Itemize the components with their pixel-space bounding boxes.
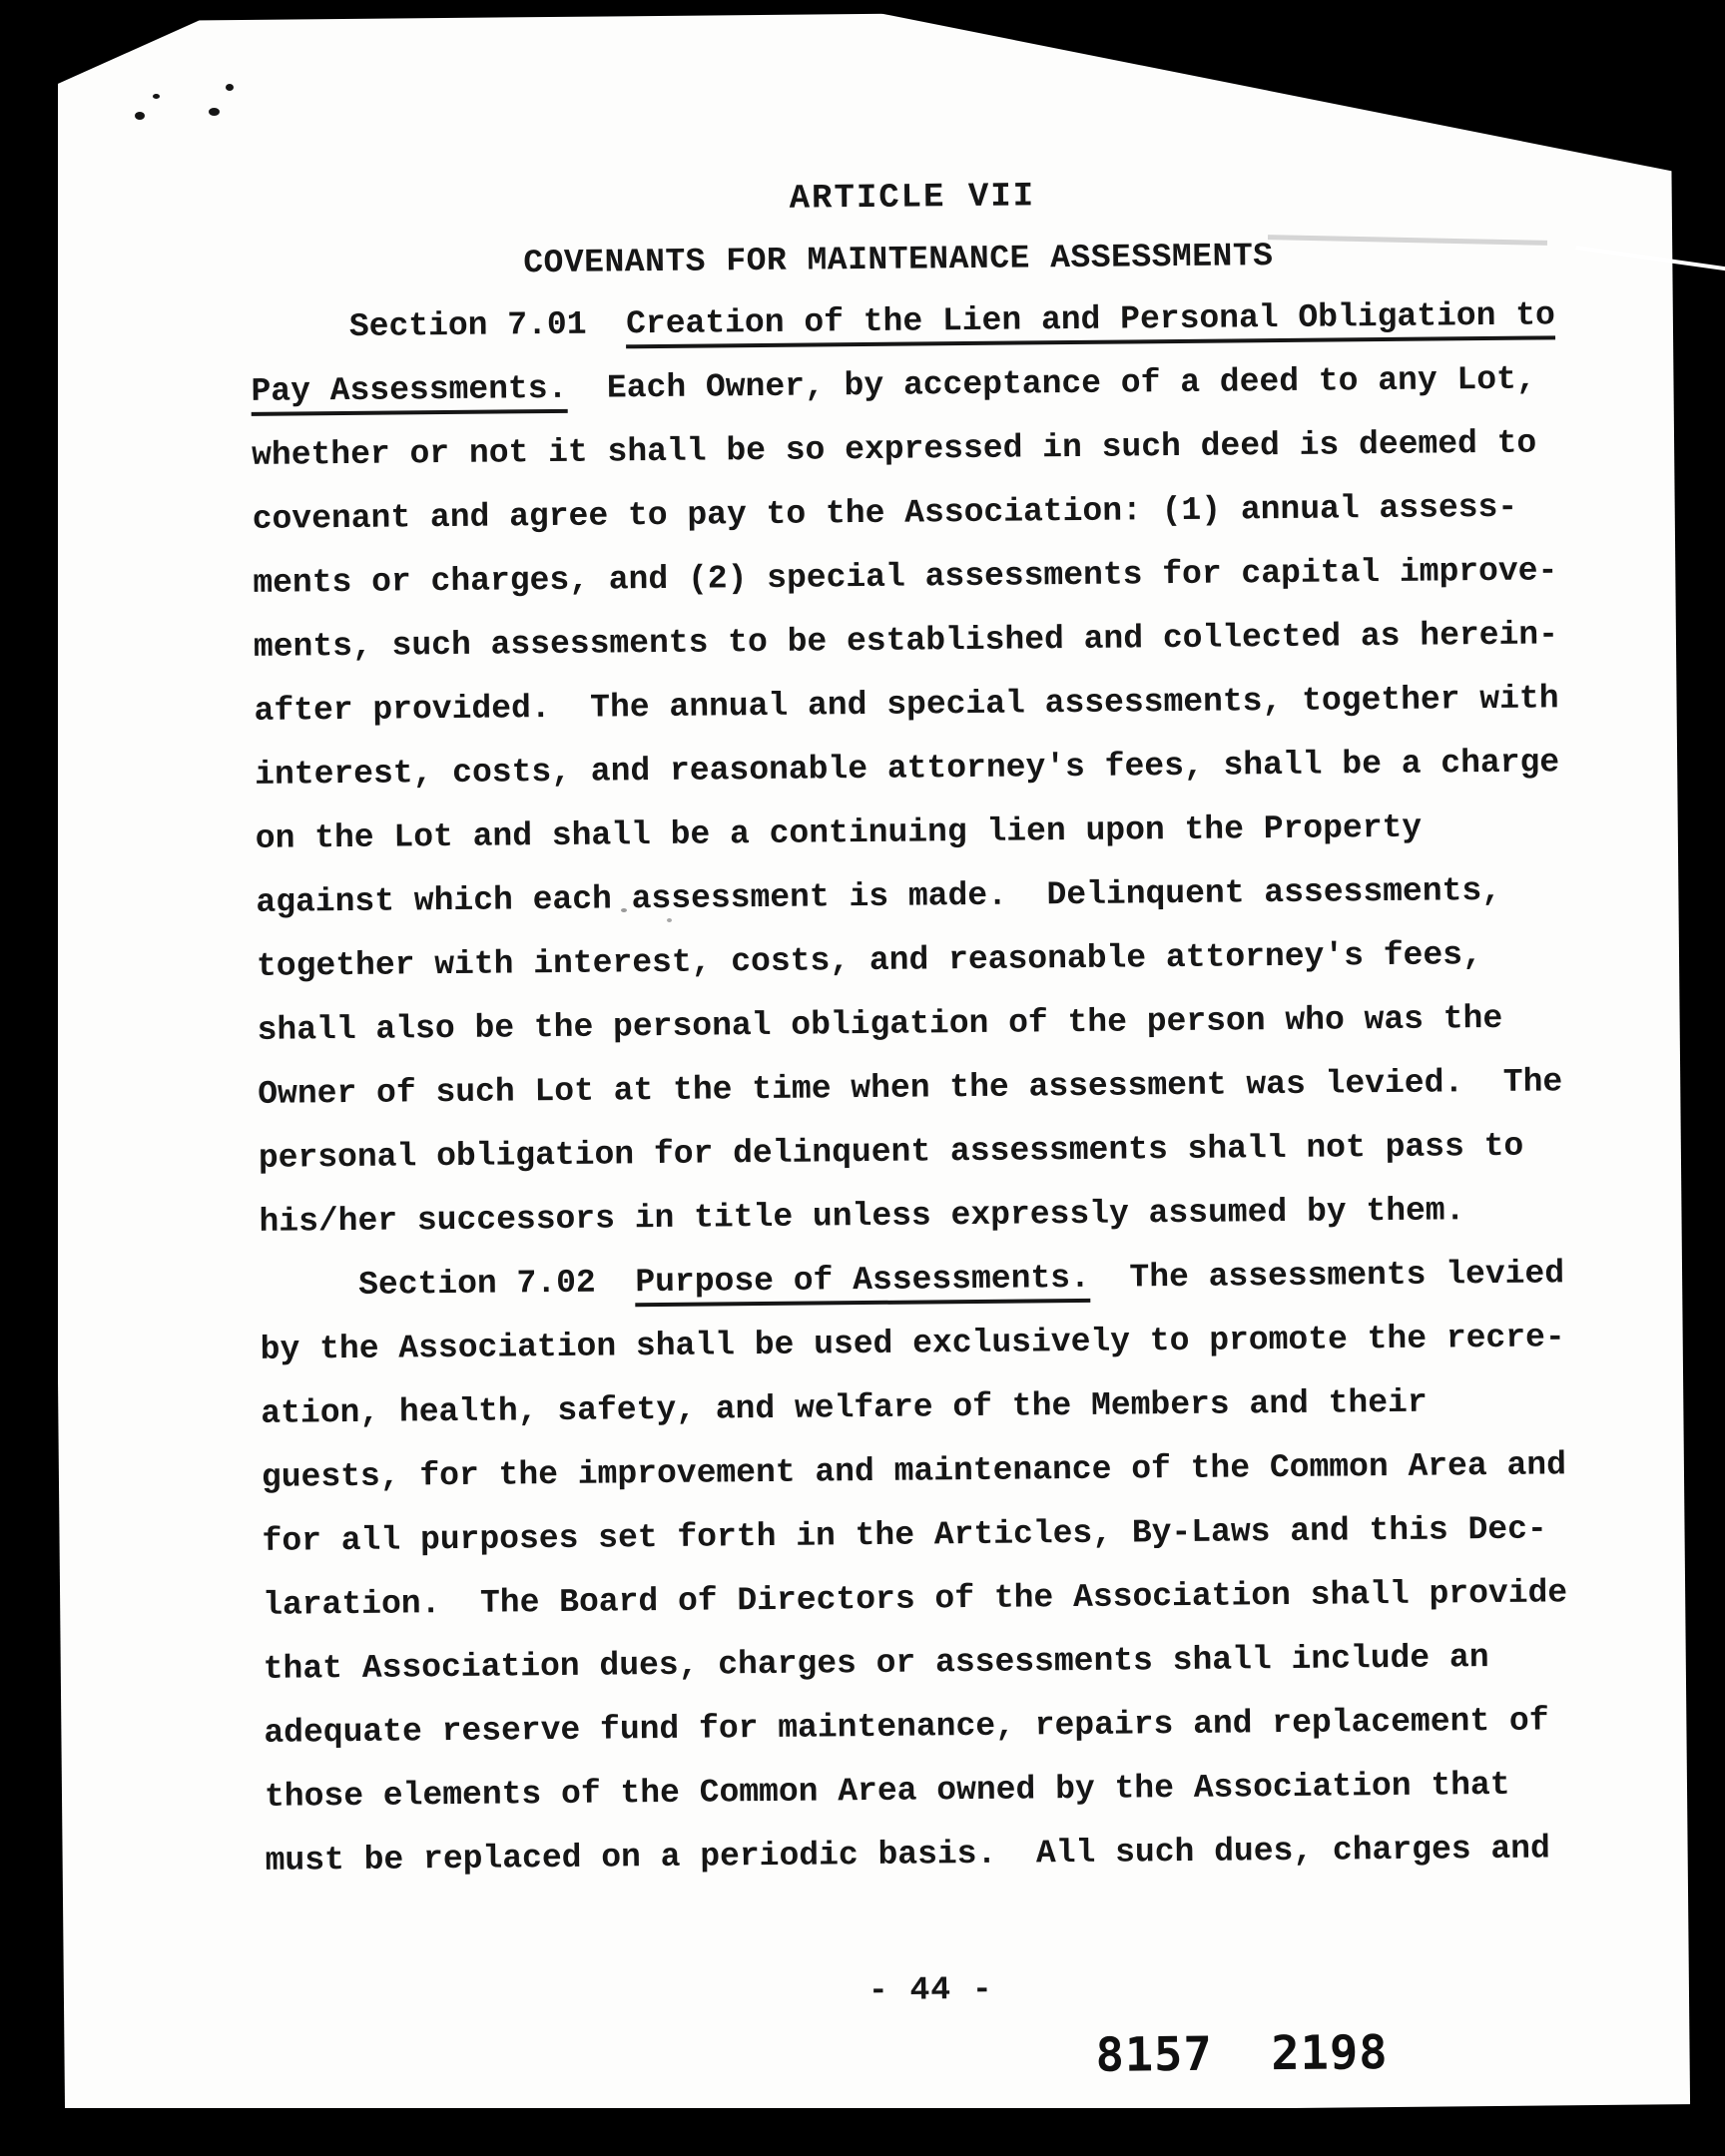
text-segment: laration. The Board of Directors of the … xyxy=(263,1574,1567,1624)
text-segment: guests, for the improvement and maintena… xyxy=(262,1446,1566,1496)
article-subtitle: COVENANTS FOR MAINTENANCE ASSESSMENTS xyxy=(523,238,1274,281)
text-segment: together with interest, costs, and reaso… xyxy=(257,936,1482,985)
text-segment: covenant and agree to pay to the Associa… xyxy=(253,489,1518,538)
text-segment: ments or charges, and (2) special assess… xyxy=(253,552,1557,602)
scan-border-right xyxy=(1691,0,1725,2156)
scan-speck xyxy=(153,94,160,99)
text-segment: Section 7.02 xyxy=(260,1264,636,1305)
text-segment: ments, such assessments to be establishe… xyxy=(254,616,1558,666)
text-segment: Section 7.01 xyxy=(251,305,627,346)
text-segment: on the Lot and shall be a continuing lie… xyxy=(256,809,1423,857)
scan-speck xyxy=(621,908,627,912)
scan-border-left xyxy=(0,0,58,2156)
article-title: ARTICLE VII xyxy=(790,178,1036,218)
text-segment: The assessments levied xyxy=(1090,1255,1565,1297)
text-segment: whether or not it shall be so expressed … xyxy=(252,425,1537,474)
text-segment: by the Association shall be used exclusi… xyxy=(261,1319,1565,1368)
text-segment: Owner of such Lot at the time when the a… xyxy=(258,1063,1562,1113)
text-segment: those elements of the Common Area owned … xyxy=(265,1767,1510,1816)
text-segment: shall also be the personal obligation of… xyxy=(257,1000,1502,1049)
document-body: Section 7.01 Creation of the Lien and Pe… xyxy=(251,292,1570,1901)
text-segment: his/her successors in title unless expre… xyxy=(259,1192,1464,1241)
text-segment: for all purposes set forth in the Articl… xyxy=(262,1510,1547,1559)
scan-speck xyxy=(226,84,234,91)
text-segment: after provided. The annual and special a… xyxy=(254,680,1558,730)
underlined-text: Creation of the Lien and Personal Obliga… xyxy=(626,296,1555,348)
text-segment: against which each assessment is made. D… xyxy=(256,872,1501,921)
text-segment: must be replaced on a periodic basis. Al… xyxy=(265,1830,1550,1879)
text-segment: Each Owner, by acceptance of a deed to a… xyxy=(567,361,1536,407)
stamp-number: 8157 2198 xyxy=(1095,2025,1388,2083)
text-segment: personal obligation for delinquent asses… xyxy=(259,1128,1524,1177)
document-page: ARTICLE VII COVENANTS FOR MAINTENANCE AS… xyxy=(45,6,1690,2120)
text-segment: adequate reserve fund for maintenance, r… xyxy=(264,1702,1549,1751)
text-segment: that Association dues, charges or assess… xyxy=(264,1639,1489,1688)
scan-speck xyxy=(209,108,220,116)
underlined-text: Purpose of Assessments. xyxy=(635,1260,1090,1307)
scan-border-bottom xyxy=(0,2108,1725,2156)
underlined-text: Pay Assessments. xyxy=(251,370,567,416)
text-segment: ation, health, safety, and welfare of th… xyxy=(261,1384,1428,1432)
page-number: - 44 - xyxy=(868,1971,993,2009)
text-line: must be replaced on a periodic basis. Al… xyxy=(265,1826,1570,1902)
scan-speck xyxy=(667,918,672,922)
scan-speck xyxy=(135,112,145,120)
text-segment: interest, costs, and reasonable attorney… xyxy=(255,744,1559,794)
